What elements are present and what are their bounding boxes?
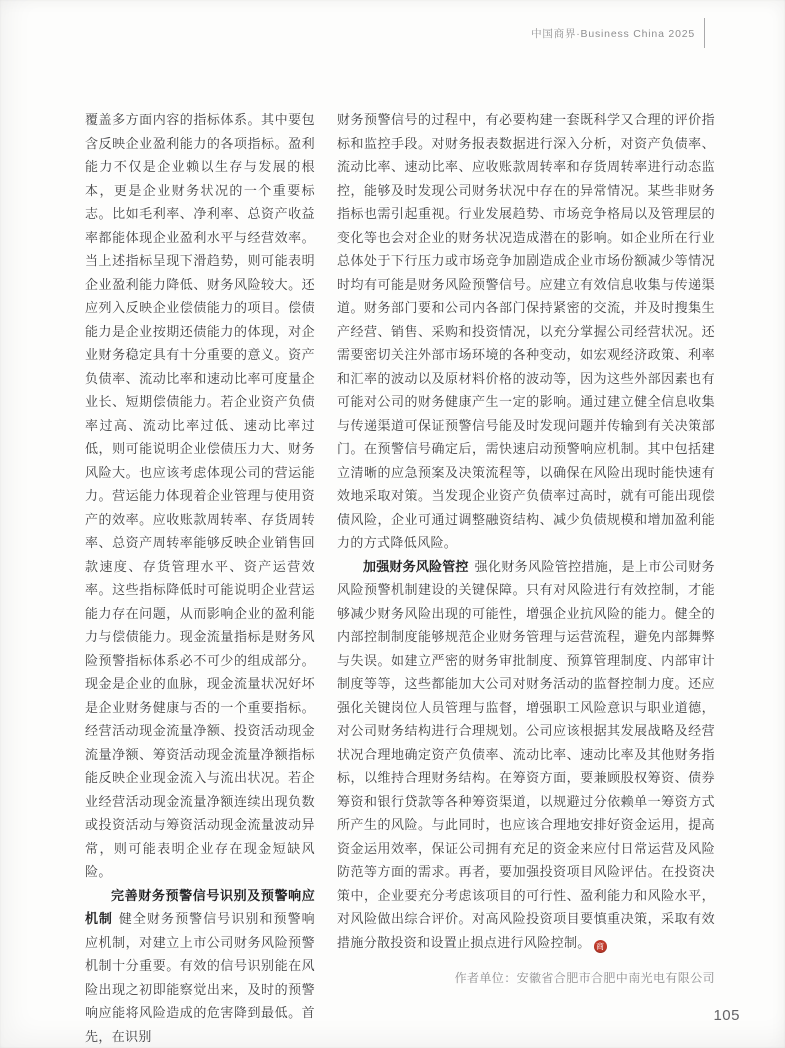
page-number: 105	[713, 1007, 740, 1024]
running-head: 中国商界·Business China 2025	[531, 18, 705, 48]
journal-title: 中国商界·Business China 2025	[531, 26, 695, 41]
end-of-article-seal-icon: 商	[594, 940, 607, 953]
article-columns: 覆盖多方面内容的指标体系。其中要包含反映企业盈利能力的各项指标。盈利能力不仅是企…	[85, 108, 715, 1048]
section-heading-risk-control: 加强财务风险管控	[363, 559, 469, 574]
magazine-page: 中国商界·Business China 2025 覆盖多方面内容的指标体系。其中…	[0, 0, 785, 1048]
left-paragraph-continuation: 覆盖多方面内容的指标体系。其中要包含反映企业盈利能力的各项指标。盈利能力不仅是企…	[85, 108, 315, 884]
right-paragraph-risk-control: 加强财务风险管控强化财务风险管控措施，是上市公司财务风险预警机制建设的关键保障。…	[337, 555, 715, 955]
left-paragraph-warning-mechanism: 完善财务预警信号识别及预警响应机制健全财务预警信号识别和预警响应机制，对建立上市…	[85, 884, 315, 1048]
header-divider-rule	[704, 18, 705, 48]
author-affiliation: 作者单位：安徽省合肥市合肥中南光电有限公司	[337, 969, 715, 986]
right-paragraph-continuation: 财务预警信号的过程中，有必要构建一套既科学又合理的评价指标和监控手段。对财务报表…	[337, 108, 715, 555]
right-paragraph-body-text: 强化财务风险管控措施，是上市公司财务风险预警机制建设的关键保障。只有对风险进行有…	[337, 559, 715, 950]
left-column: 覆盖多方面内容的指标体系。其中要包含反映企业盈利能力的各项指标。盈利能力不仅是企…	[85, 108, 315, 1048]
right-column: 财务预警信号的过程中，有必要构建一套既科学又合理的评价指标和监控手段。对财务报表…	[337, 108, 715, 1048]
left-paragraph-body-text: 健全财务预警信号识别和预警响应机制，对建立上市公司财务风险预警机制十分重要。有效…	[85, 911, 315, 1044]
